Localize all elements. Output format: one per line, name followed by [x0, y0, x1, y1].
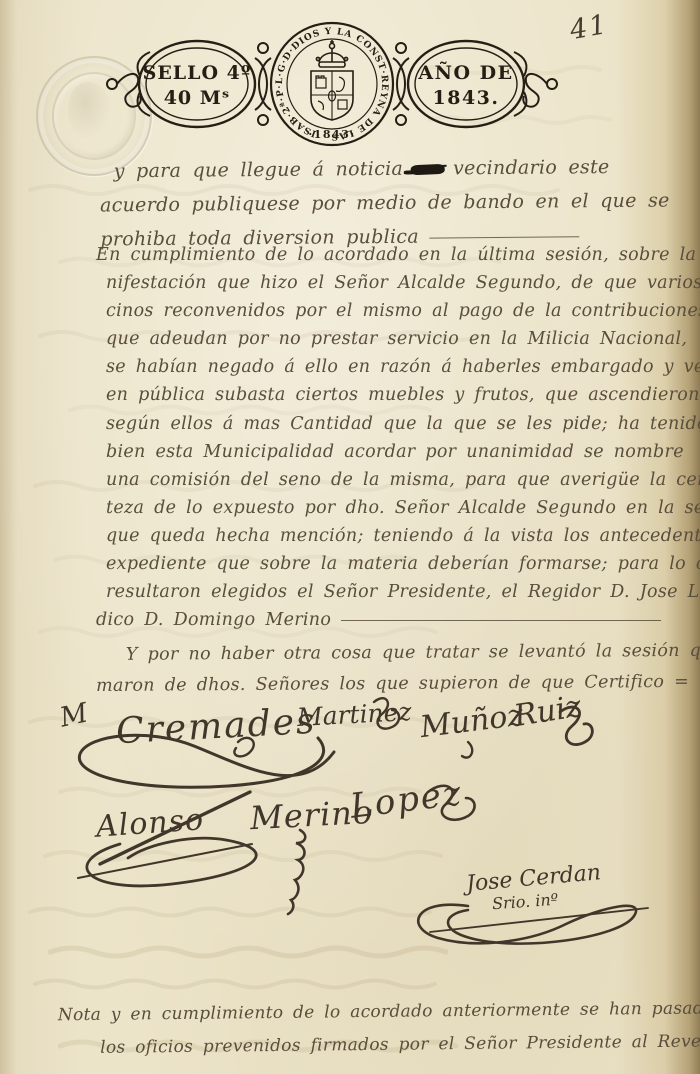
- stamp-right-oval: AÑO DE 1843.: [408, 41, 524, 127]
- manuscript-line: y para que llegue á noticiavecindario es…: [100, 150, 660, 189]
- page-number: 41: [568, 9, 611, 46]
- manuscript-line: según ellos á mas Cantidad que la que se…: [96, 410, 671, 438]
- line-text: dico D. Domingo Merino: [96, 610, 331, 630]
- stamp-left-oval: SELLO 4º 40 Mˢ: [139, 41, 255, 127]
- manuscript-line: cinos reconvenidos por el mismo al pago …: [96, 297, 671, 325]
- signature-cremades: Cremades: [115, 701, 317, 752]
- line-text: vecindario este: [453, 156, 610, 179]
- manuscript-line: En cumplimiento de lo acordado en la últ…: [96, 241, 671, 269]
- manuscript-line: en pública subasta ciertos muebles y fru…: [96, 381, 671, 409]
- closing-rule: [429, 236, 579, 238]
- stamp-left-oval-line1: SELLO 4º: [143, 62, 252, 84]
- manuscript-line: teza de lo expuesto por dho. Señor Alcal…: [96, 494, 671, 522]
- stamp-right-oval-line2: 1843.: [433, 87, 500, 109]
- signature-alonso: Alonso: [95, 802, 205, 844]
- ink-blot: [411, 164, 445, 175]
- signature-munoz: Muñoz: [418, 698, 525, 745]
- manuscript-line: acuerdo publiquese por medio de bando en…: [100, 184, 660, 223]
- line-text: y para que llegue á noticia: [114, 158, 404, 183]
- signature-initial-m: M: [57, 697, 90, 733]
- manuscript-line: maron de dhos. Señores los que supieron …: [96, 667, 671, 702]
- manuscript-line: nifestación que hizo el Señor Alcalde Se…: [96, 269, 671, 297]
- manuscript-line: que adeudan por no prestar servicio en l…: [96, 325, 671, 353]
- manuscript-line: una comisión del seno de la misma, para …: [96, 466, 671, 494]
- manuscript-line: los oficios prevenidos firmados por el S…: [58, 1026, 678, 1065]
- signature-martinez: Martinez: [296, 697, 412, 732]
- seal-year: ·1843·: [308, 128, 355, 141]
- manuscript-line: dico D. Domingo Merino: [96, 606, 671, 634]
- embossed-seal-portrait: [68, 82, 112, 140]
- manuscript-line: Y por no haber otra cosa que tratar se l…: [96, 636, 671, 671]
- manuscript-line: que queda hecha mención; teniendo á la v…: [96, 522, 671, 550]
- manuscript-line: resultaron elegidos el Señor Presidente,…: [96, 578, 671, 606]
- paragraph-main-act: En cumplimiento de lo acordado en la últ…: [96, 241, 671, 634]
- manuscript-line: bien esta Municipalidad acordar por unan…: [96, 438, 671, 466]
- stamp-left-oval-line2: 40 Mˢ: [164, 87, 231, 109]
- manuscript-line: se habían negado á ello en razón á haber…: [96, 353, 671, 381]
- paragraph-note: Nota y en cumplimiento de lo acordado an…: [58, 993, 679, 1065]
- paragraph-closing: Y por no haber otra cosa que tratar se l…: [96, 636, 671, 702]
- closing-rule: [341, 620, 661, 621]
- coat-of-arms-shield-icon: [311, 71, 353, 120]
- manuscript-page: 41 SELLO 4º: [0, 0, 700, 1074]
- stamp-right-oval-line1: AÑO DE: [417, 61, 513, 84]
- signature-cerdan-title: Srio. inº: [491, 890, 558, 914]
- crown-icon: [316, 40, 347, 67]
- stamp-scrollwork: [107, 43, 557, 125]
- signature-merino: Merino: [249, 793, 374, 837]
- manuscript-line: expediente que sobre la materia deberían…: [96, 550, 671, 578]
